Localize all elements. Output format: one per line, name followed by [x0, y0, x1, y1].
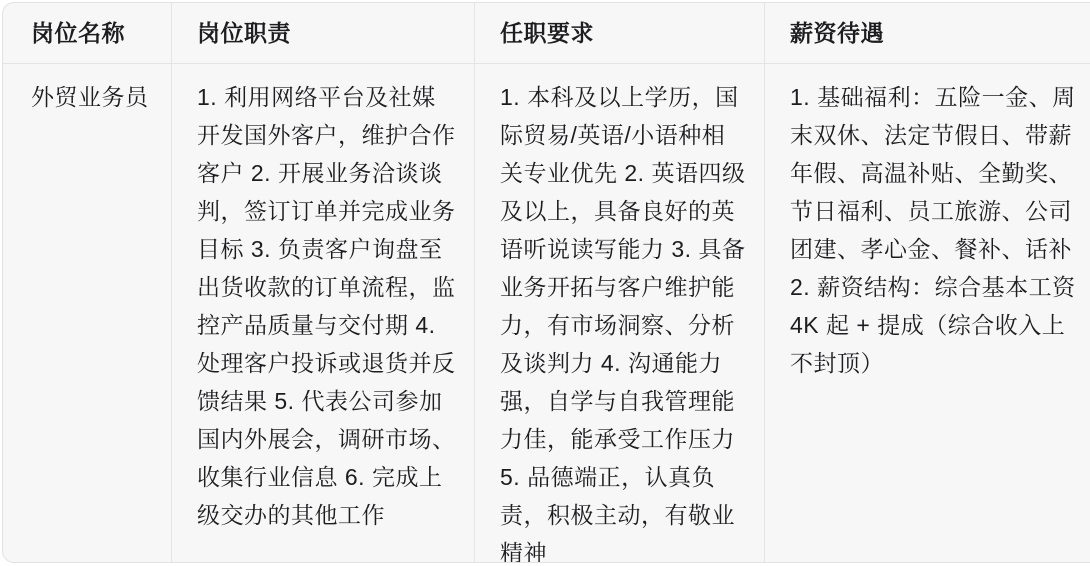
column-header-duties: 岗位职责 — [171, 3, 474, 64]
job-description-table: 岗位名称 岗位职责 任职要求 薪资待遇 外贸业务员 1. 利用网络平台及社媒开发… — [2, 2, 1090, 563]
table-cell-duties: 1. 利用网络平台及社媒开发国外客户，维护合作客户 2. 开展业务洽谈谈判，签订… — [171, 64, 474, 562]
table-cell-position: 外贸业务员 — [3, 64, 171, 562]
column-header-position: 岗位名称 — [3, 3, 171, 64]
column-header-salary: 薪资待遇 — [764, 3, 1090, 64]
column-header-requirements: 任职要求 — [474, 3, 764, 64]
table-cell-salary: 1. 基础福利：五险一金、周末双休、法定节假日、带薪年假、高温补贴、全勤奖、节日… — [764, 64, 1090, 562]
table-cell-requirements: 1. 本科及以上学历，国际贸易/英语/小语种相关专业优先 2. 英语四级及以上，… — [474, 64, 764, 562]
